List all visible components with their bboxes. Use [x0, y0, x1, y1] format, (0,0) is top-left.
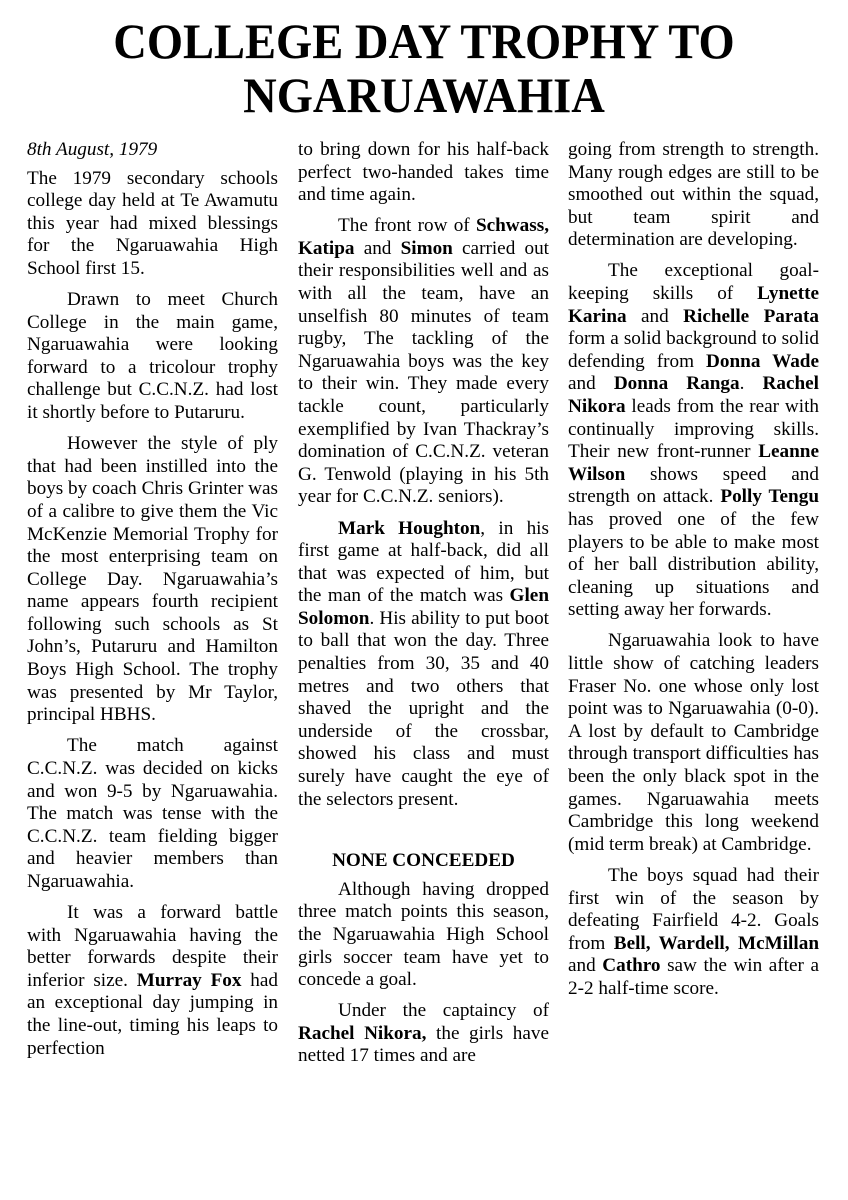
- column-3: going from strength to strength. Many ro…: [568, 139, 819, 1009]
- text: and: [568, 955, 602, 976]
- player-name: Mark Houghton: [338, 518, 480, 539]
- paragraph: Mark Houghton, in his first game at half…: [298, 518, 549, 812]
- paragraph: The boys squad had their first win of th…: [568, 865, 819, 1001]
- dateline: 8th August, 1979: [27, 139, 278, 162]
- text: and: [568, 373, 614, 394]
- text: and: [627, 306, 683, 327]
- paragraph-continued: to bring down for his half-back perfect …: [298, 139, 549, 207]
- column-1: 8th August, 1979 The 1979 secondary scho…: [27, 139, 278, 1069]
- paragraph: The exceptional goal-keeping skills of L…: [568, 260, 819, 622]
- paragraph: The 1979 secondary schools college day h…: [27, 168, 278, 281]
- paragraph: Although having dropped three match poin…: [298, 879, 549, 992]
- paragraph: The match against C.C.N.Z. was decided o…: [27, 735, 278, 893]
- player-name: Donna Wade: [706, 351, 819, 372]
- paragraph: However the style of ply that had been i…: [27, 433, 278, 727]
- text: . His ability to put boot to ball that w…: [298, 608, 549, 810]
- paragraph: The front row of Schwass, Katipa and Sim…: [298, 215, 549, 509]
- paragraph: It was a forward battle with Ngaruawahia…: [27, 902, 278, 1060]
- player-name: Rachel Nikora,: [298, 1023, 426, 1044]
- player-name: Bell, Wardell, McMillan: [614, 933, 819, 954]
- paragraph: Ngaruawahia look to have little show of …: [568, 630, 819, 856]
- paragraph: Drawn to meet Church College in the main…: [27, 289, 278, 425]
- text: carried out their responsibilities well …: [298, 238, 549, 508]
- text: The front row of: [338, 215, 476, 236]
- player-name: Polly Tengu: [720, 486, 819, 507]
- text: and: [355, 238, 401, 259]
- text: has proved one of the few players to be …: [568, 509, 819, 620]
- column-2: to bring down for his half-back perfect …: [298, 139, 549, 1077]
- text: Under the captaincy of: [338, 1000, 549, 1021]
- headline: COLLEGE DAY TROPHY TO NGARUAWAHIA: [30, 14, 819, 122]
- paragraph-continued: going from strength to strength. Many ro…: [568, 139, 819, 252]
- player-name: Murray Fox: [137, 970, 242, 991]
- player-name: Simon: [401, 238, 453, 259]
- paragraph: Under the captaincy of Rachel Nikora, th…: [298, 1000, 549, 1068]
- player-name: Donna Ranga: [614, 373, 740, 394]
- player-name: Richelle Parata: [683, 306, 819, 327]
- subheading: NONE CONCEEDED: [298, 850, 549, 873]
- player-name: Cathro: [602, 955, 660, 976]
- text: .: [740, 373, 763, 394]
